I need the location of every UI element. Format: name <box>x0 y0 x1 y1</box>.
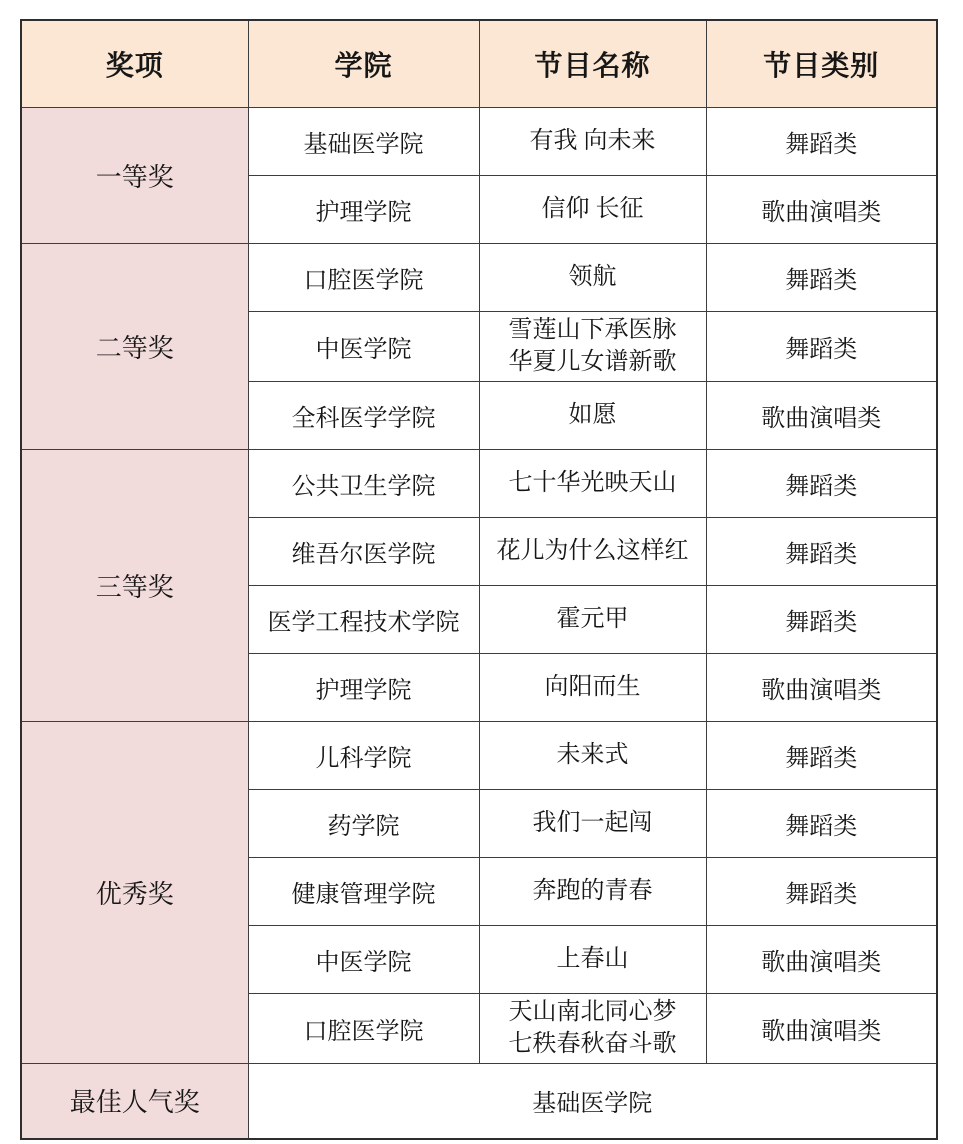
program-cell: 向阳而生 <box>479 653 706 721</box>
category-cell: 舞蹈类 <box>706 108 937 176</box>
program-cell: 花儿为什么这样红 <box>479 517 706 585</box>
category-cell: 舞蹈类 <box>706 585 937 653</box>
header-row: 奖项 学院 节目名称 节目类别 <box>21 20 937 108</box>
category-cell: 歌曲演唱类 <box>706 653 937 721</box>
award-cell-third-prize: 三等奖 <box>21 449 248 721</box>
college-cell: 健康管理学院 <box>248 857 479 925</box>
table-row: 优秀奖 儿科学院 未来式 舞蹈类 <box>21 721 937 789</box>
college-cell: 维吾尔医学院 <box>248 517 479 585</box>
category-cell: 歌曲演唱类 <box>706 925 937 993</box>
category-cell: 歌曲演唱类 <box>706 993 937 1063</box>
category-cell: 舞蹈类 <box>706 449 937 517</box>
table-row: 二等奖 口腔医学院 领航 舞蹈类 <box>21 244 937 312</box>
program-cell: 奔跑的青春 <box>479 857 706 925</box>
footer-winner-cell: 基础医学院 <box>248 1063 937 1139</box>
column-header-program: 节目名称 <box>479 20 706 108</box>
award-cell-second-prize: 二等奖 <box>21 244 248 450</box>
college-cell: 护理学院 <box>248 653 479 721</box>
table-row: 三等奖 公共卫生学院 七十华光映天山 舞蹈类 <box>21 449 937 517</box>
program-cell: 七十华光映天山 <box>479 449 706 517</box>
award-cell-best-popularity: 最佳人气奖 <box>21 1063 248 1139</box>
program-cell: 领航 <box>479 244 706 312</box>
awards-table: 奖项 学院 节目名称 节目类别 一等奖 基础医学院 有我 向未来 舞蹈类 护理学… <box>20 19 938 1140</box>
award-cell-excellence-prize: 优秀奖 <box>21 721 248 1063</box>
college-cell: 口腔医学院 <box>248 993 479 1063</box>
college-cell: 药学院 <box>248 789 479 857</box>
category-cell: 舞蹈类 <box>706 857 937 925</box>
college-cell: 儿科学院 <box>248 721 479 789</box>
award-cell-first-prize: 一等奖 <box>21 108 248 244</box>
category-cell: 歌曲演唱类 <box>706 176 937 244</box>
college-cell: 基础医学院 <box>248 108 479 176</box>
college-cell: 全科医学学院 <box>248 381 479 449</box>
table-row: 一等奖 基础医学院 有我 向未来 舞蹈类 <box>21 108 937 176</box>
category-cell: 舞蹈类 <box>706 721 937 789</box>
program-cell: 雪莲山下承医脉 华夏儿女谱新歌 <box>479 312 706 382</box>
college-cell: 护理学院 <box>248 176 479 244</box>
column-header-award: 奖项 <box>21 20 248 108</box>
college-cell: 公共卫生学院 <box>248 449 479 517</box>
program-cell: 天山南北同心梦 七秩春秋奋斗歌 <box>479 993 706 1063</box>
program-cell: 有我 向未来 <box>479 108 706 176</box>
category-cell: 歌曲演唱类 <box>706 381 937 449</box>
program-cell: 上春山 <box>479 925 706 993</box>
category-cell: 舞蹈类 <box>706 244 937 312</box>
category-cell: 舞蹈类 <box>706 517 937 585</box>
program-cell: 信仰 长征 <box>479 176 706 244</box>
program-cell: 如愿 <box>479 381 706 449</box>
column-header-college: 学院 <box>248 20 479 108</box>
college-cell: 医学工程技术学院 <box>248 585 479 653</box>
category-cell: 舞蹈类 <box>706 789 937 857</box>
program-cell: 我们一起闯 <box>479 789 706 857</box>
program-cell: 未来式 <box>479 721 706 789</box>
college-cell: 中医学院 <box>248 925 479 993</box>
program-cell: 霍元甲 <box>479 585 706 653</box>
category-cell: 舞蹈类 <box>706 312 937 382</box>
college-cell: 口腔医学院 <box>248 244 479 312</box>
footer-row: 最佳人气奖 基础医学院 <box>21 1063 937 1139</box>
column-header-category: 节目类别 <box>706 20 937 108</box>
college-cell: 中医学院 <box>248 312 479 382</box>
